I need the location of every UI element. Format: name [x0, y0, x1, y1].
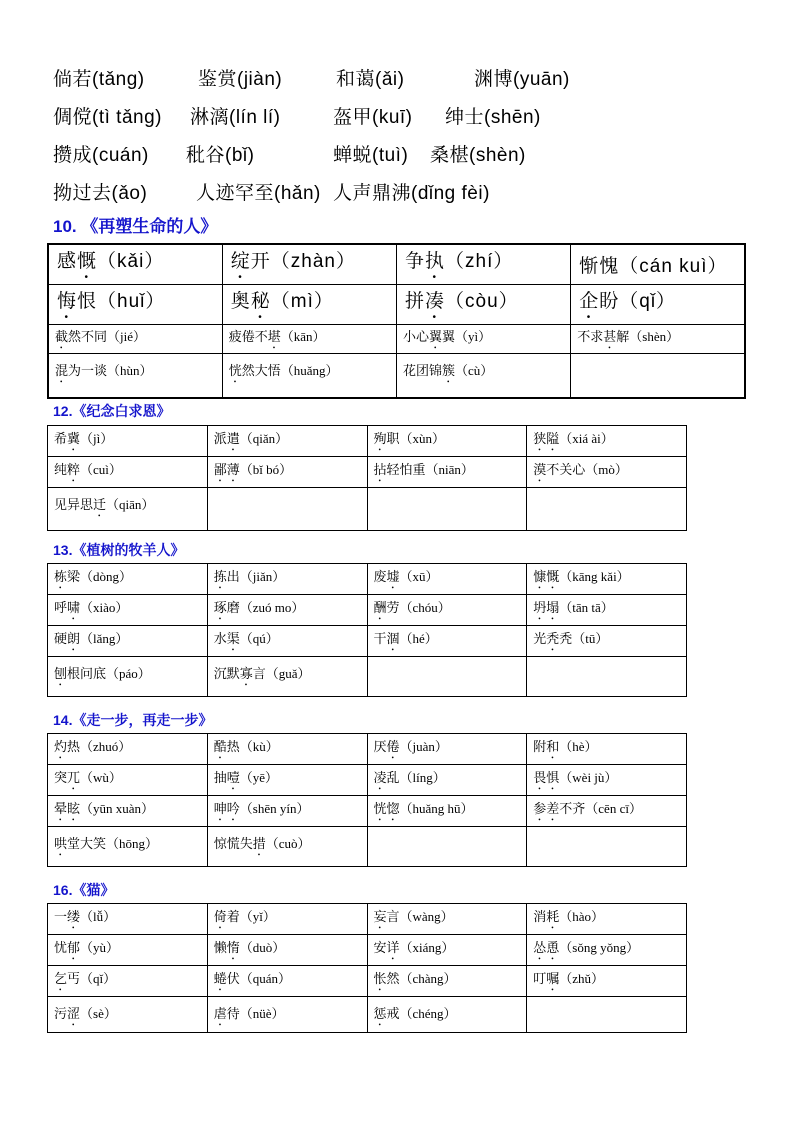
vocab-word: 拗过去(ǎo) — [53, 178, 147, 205]
vocab-row: 栋梁（dòng）拣出（jiǎn）废墟（xū）慷慨（kāng kǎi） — [48, 564, 687, 595]
vocab-table-lesson-10: 感慨（kǎi）绽开（zhàn）争执（zhí）惭愧（cán kuì）悔恨（huǐ）… — [47, 243, 746, 399]
emphasized-char: 耗 — [546, 909, 559, 924]
section-heading-lesson-10: 10. 《再塑生命的人》 — [53, 212, 217, 237]
vocab-cell: 惩戒（chéng） — [367, 997, 527, 1033]
vocab-cell: 拼凑（còu） — [397, 285, 571, 325]
emphasized-char: 蜷 — [214, 971, 227, 986]
vocab-cell: 恍惚（huǎng hū） — [367, 796, 527, 827]
emphasized-char: 寡 — [240, 666, 253, 681]
vocab-cell: 截然不同（jié） — [48, 325, 222, 354]
vocab-row: 截然不同（jié）疲倦不堪（kān）小心翼翼（yì）不求甚解（shèn） — [48, 325, 745, 354]
emphasized-char: 惧 — [546, 770, 559, 785]
vocab-cell: 倚着（yǐ） — [207, 904, 367, 935]
empty-cell — [367, 657, 527, 697]
vocab-cell: 硬朗（lǎng） — [48, 626, 208, 657]
vocab-cell: 琢磨（zuó mo） — [207, 595, 367, 626]
vocab-cell: 忧郁（yù） — [48, 935, 208, 966]
emphasized-char: 冀 — [67, 431, 80, 446]
emphasized-char: 乞 — [54, 971, 67, 986]
vocab-table-lesson-14: 灼热（zhuó）酷热（kù）厌倦（juàn）附和（hè）突兀（wù）抽噎（yē）… — [47, 733, 687, 867]
vocab-cell: 沉默寡言（guǎ） — [207, 657, 367, 697]
vocab-cell: 狭隘（xiá ài） — [527, 426, 687, 457]
vocab-cell: 酬劳（chóu） — [367, 595, 527, 626]
vocab-line: 倜傥(tì tǎng)淋漓(lín lí)盔甲(kuī)绅士(shēn) — [53, 102, 773, 140]
vocab-cell: 呼啸（xiào） — [48, 595, 208, 626]
vocab-row: 忧郁（yù）懒惰（duò）安详（xiáng）怂恿（sǒng yǒng） — [48, 935, 687, 966]
vocab-cell: 妄言（wàng） — [367, 904, 527, 935]
emphasized-char: 鄙 — [214, 462, 227, 477]
emphasized-char: 惚 — [387, 801, 400, 816]
emphasized-char: 坍 — [533, 600, 546, 615]
emphasized-char: 殉 — [374, 431, 387, 446]
vocab-cell: 纯粹（cuì） — [48, 457, 208, 488]
vocab-cell: 恍然大悟（huǎng） — [222, 354, 396, 398]
vocab-cell: 叮嘱（zhǔ） — [527, 966, 687, 997]
vocab-cell: 晕眩（yūn xuàn） — [48, 796, 208, 827]
emphasized-char: 涸 — [387, 631, 400, 646]
emphasized-char: 哄 — [54, 836, 67, 851]
emphasized-char: 秘 — [251, 291, 271, 312]
vocab-row: 硬朗（lǎng）水渠（qú）干涸（hé）光秃秃（tū） — [48, 626, 687, 657]
emphasized-char: 怅 — [374, 971, 387, 986]
section-heading-lesson-12: 12.《纪念白求恩》 — [53, 401, 170, 421]
emphasized-char: 差 — [546, 801, 559, 816]
emphasized-char: 酷 — [214, 739, 227, 754]
vocab-cell: 殉职（xùn） — [367, 426, 527, 457]
emphasized-char: 惩 — [374, 1006, 387, 1021]
vocab-cell: 小心翼翼（yì） — [397, 325, 571, 354]
vocab-line: 拗过去(ǎo)人迹罕至(hǎn)人声鼎沸(dǐng fèi) — [53, 178, 773, 216]
emphasized-char: 惰 — [227, 940, 240, 955]
emphasized-char: 朗 — [67, 631, 80, 646]
vocab-word: 秕谷(bǐ) — [186, 140, 254, 167]
vocab-row: 纯粹（cuì）鄙薄（bǐ bó）拈轻怕重（niān）漠不关心（mò） — [48, 457, 687, 488]
vocab-cell: 凌乱（líng） — [367, 765, 527, 796]
empty-cell — [207, 488, 367, 531]
vocab-word: 倜傥(tì tǎng) — [53, 102, 162, 129]
emphasized-char: 恍 — [374, 801, 387, 816]
vocab-word: 桑椹(shèn) — [430, 140, 526, 167]
emphasized-char: 迁 — [93, 497, 106, 512]
emphasized-char: 吟 — [227, 801, 240, 816]
vocab-cell: 绽开（zhàn） — [222, 244, 396, 285]
vocab-row: 灼热（zhuó）酷热（kù）厌倦（juàn）附和（hè） — [48, 734, 687, 765]
vocab-row: 污涩（sè）虐待（nüè）惩戒（chéng） — [48, 997, 687, 1033]
emphasized-char: 企 — [579, 291, 599, 312]
vocab-row: 刨根问底（páo）沉默寡言（guǎ） — [48, 657, 687, 697]
empty-cell — [527, 488, 687, 531]
vocab-line: 倘若(tǎng)鉴赏(jiàn)和蔼(ǎi)渊博(yuān) — [53, 64, 773, 102]
vocab-word: 渊博(yuān) — [474, 64, 570, 91]
vocab-cell: 疲倦不堪（kān） — [222, 325, 396, 354]
vocab-cell: 怅然（chàng） — [367, 966, 527, 997]
vocab-word: 人声鼎沸(dǐng fèi) — [333, 178, 490, 205]
vocab-cell: 干涸（hé） — [367, 626, 527, 657]
emphasized-char: 漠 — [533, 462, 546, 477]
vocab-table-lesson-12: 希冀（jì）派遣（qiǎn）殉职（xùn）狭隘（xiá ài）纯粹（cuì）鄙薄… — [47, 425, 687, 531]
vocab-cell: 怂恿（sǒng yǒng） — [527, 935, 687, 966]
vocab-word: 鉴赏(jiàn) — [198, 64, 282, 91]
emphasized-char: 拣 — [214, 569, 227, 584]
vocab-cell: 水渠（qú） — [207, 626, 367, 657]
vocab-cell: 消耗（hào） — [527, 904, 687, 935]
emphasized-char: 慨 — [546, 569, 559, 584]
vocab-row: 哄堂大笑（hōng）惊慌失措（cuò） — [48, 827, 687, 867]
vocab-cell: 争执（zhí） — [397, 244, 571, 285]
section-heading-lesson-13: 13.《植树的牧羊人》 — [53, 540, 184, 560]
vocab-cell: 刨根问底（páo） — [48, 657, 208, 697]
emphasized-char: 粹 — [67, 462, 80, 477]
emphasized-char: 措 — [253, 836, 266, 851]
emphasized-char: 栋 — [54, 569, 67, 584]
vocab-cell: 懒惰（duò） — [207, 935, 367, 966]
emphasized-char: 绽 — [231, 251, 251, 272]
vocab-cell: 灼热（zhuó） — [48, 734, 208, 765]
emphasized-char: 倚 — [214, 909, 227, 924]
empty-cell — [527, 997, 687, 1033]
section-heading-lesson-16: 16.《猫》 — [53, 880, 114, 900]
vocab-cell: 坍塌（tān tā） — [527, 595, 687, 626]
empty-cell — [367, 827, 527, 867]
emphasized-char: 隘 — [546, 431, 559, 446]
empty-cell — [527, 827, 687, 867]
emphasized-char: 刨 — [54, 666, 67, 681]
emphasized-char: 眩 — [67, 801, 80, 816]
emphasized-char: 畏 — [533, 770, 546, 785]
vocab-cell: 鄙薄（bǐ bó） — [207, 457, 367, 488]
vocab-cell: 附和（hè） — [527, 734, 687, 765]
emphasized-char: 堪 — [268, 329, 281, 344]
emphasized-char: 薄 — [227, 462, 240, 477]
vocab-row: 混为一谈（hùn）恍然大悟（huǎng）花团锦簇（cù） — [48, 354, 745, 398]
vocab-word: 蝉蜕(tuì) — [333, 140, 408, 167]
emphasized-char: 嘱 — [546, 971, 559, 986]
emphasized-char: 琢 — [214, 600, 227, 615]
vocab-cell: 不求甚解（shèn） — [571, 325, 745, 354]
emphasized-char: 截 — [55, 329, 68, 344]
vocab-row: 晕眩（yūn xuàn）呻吟（shēn yín）恍惚（huǎng hū）参差不齐… — [48, 796, 687, 827]
emphasized-char: 拈 — [374, 462, 387, 477]
vocab-cell: 拣出（jiǎn） — [207, 564, 367, 595]
document-page: 倘若(tǎng)鉴赏(jiàn)和蔼(ǎi)渊博(yuān) 倜傥(tì tǎn… — [0, 0, 793, 1122]
vocab-cell: 企盼（qǐ） — [571, 285, 745, 325]
vocab-cell: 哄堂大笑（hōng） — [48, 827, 208, 867]
vocab-cell: 希冀（jì） — [48, 426, 208, 457]
vocab-cell: 抽噎（yē） — [207, 765, 367, 796]
emphasized-char: 凑 — [425, 291, 445, 312]
vocab-word: 淋漓(lín lí) — [190, 102, 281, 129]
vocab-cell: 栋梁（dòng） — [48, 564, 208, 595]
emphasized-char: 恍 — [229, 363, 242, 378]
emphasized-char: 执 — [425, 251, 445, 272]
vocab-cell: 废墟（xū） — [367, 564, 527, 595]
emphasized-char: 悔 — [57, 291, 77, 312]
emphasized-char: 墟 — [387, 569, 400, 584]
vocab-cell: 呻吟（shēn yín） — [207, 796, 367, 827]
emphasized-char: 狭 — [533, 431, 546, 446]
vocab-word: 和蔼(ǎi) — [336, 64, 404, 91]
emphasized-char: 秃 — [546, 631, 559, 646]
vocab-cell: 拈轻怕重（niān） — [367, 457, 527, 488]
emphasized-char: 怂 — [533, 940, 546, 955]
emphasized-char: 虐 — [214, 1006, 227, 1021]
vocab-cell: 漠不关心（mò） — [527, 457, 687, 488]
vocab-cell: 奥秘（mì） — [222, 285, 396, 325]
vocab-row: 乞丐（qǐ）蜷伏（quán）怅然（chàng）叮嘱（zhǔ） — [48, 966, 687, 997]
vocab-cell: 悔恨（huǐ） — [48, 285, 222, 325]
vocab-row: 突兀（wù）抽噎（yē）凌乱（líng）畏惧（wèi jù） — [48, 765, 687, 796]
vocab-word: 攒成(cuán) — [53, 140, 149, 167]
emphasized-char: 酬 — [374, 600, 387, 615]
vocab-row: 见异思迁（qiān） — [48, 488, 687, 531]
emphasized-char: 和 — [546, 739, 559, 754]
emphasized-char: 甚 — [603, 329, 616, 344]
empty-cell — [571, 354, 745, 398]
vocab-word: 盔甲(kuī) — [333, 102, 413, 129]
emphasized-char: 塌 — [546, 600, 559, 615]
vocab-cell: 花团锦簇（cù） — [397, 354, 571, 398]
vocab-cell: 惭愧（cán kuì） — [571, 244, 745, 285]
vocab-cell: 蜷伏（quán） — [207, 966, 367, 997]
emphasized-char: 啸 — [67, 600, 80, 615]
emphasized-char: 涩 — [67, 1006, 80, 1021]
emphasized-char: 兀 — [67, 770, 80, 785]
vocab-word: 人迹罕至(hǎn) — [196, 178, 321, 205]
vocab-row: 呼啸（xiào）琢磨（zuó mo）酬劳（chóu）坍塌（tān tā） — [48, 595, 687, 626]
emphasized-char: 翼 — [429, 329, 442, 344]
vocab-cell: 一缕（lǚ） — [48, 904, 208, 935]
emphasized-char: 恿 — [546, 940, 559, 955]
vocab-cell: 虐待（nüè） — [207, 997, 367, 1033]
emphasized-char: 倦 — [387, 739, 400, 754]
emphasized-char: 呻 — [214, 801, 227, 816]
emphasized-char: 渠 — [227, 631, 240, 646]
vocab-cell: 派遣（qiǎn） — [207, 426, 367, 457]
emphasized-char: 灼 — [54, 739, 67, 754]
vocab-cell: 安详（xiáng） — [367, 935, 527, 966]
emphasized-char: 慨 — [77, 251, 97, 272]
emphasized-char: 噎 — [227, 770, 240, 785]
emphasized-char: 参 — [533, 801, 546, 816]
vocab-cell: 惊慌失措（cuò） — [207, 827, 367, 867]
vocab-line: 攒成(cuán)秕谷(bǐ)蝉蜕(tuì)桑椹(shèn) — [53, 140, 773, 178]
vocab-row: 一缕（lǚ）倚着（yǐ）妄言（wàng）消耗（hào） — [48, 904, 687, 935]
emphasized-char: 混 — [55, 363, 68, 378]
vocab-cell: 畏惧（wèi jù） — [527, 765, 687, 796]
empty-cell — [527, 657, 687, 697]
section-heading-lesson-14: 14.《走一步，再走一步》 — [53, 710, 212, 730]
vocab-table-lesson-16: 一缕（lǚ）倚着（yǐ）妄言（wàng）消耗（hào）忧郁（yù）懒惰（duò）… — [47, 903, 687, 1033]
emphasized-char: 凌 — [374, 770, 387, 785]
vocab-row: 感慨（kǎi）绽开（zhàn）争执（zhí）惭愧（cán kuì） — [48, 244, 745, 285]
vocab-word: 绅士(shēn) — [445, 102, 541, 129]
emphasized-char: 妄 — [374, 909, 387, 924]
vocab-cell: 混为一谈（hùn） — [48, 354, 222, 398]
vocab-cell: 见异思迁（qiān） — [48, 488, 208, 531]
vocab-cell: 厌倦（juàn） — [367, 734, 527, 765]
vocab-cell: 慷慨（kāng kǎi） — [527, 564, 687, 595]
emphasized-char: 慷 — [533, 569, 546, 584]
empty-cell — [367, 488, 527, 531]
vocab-cell: 突兀（wù） — [48, 765, 208, 796]
vocab-cell: 参差不齐（cēn cī） — [527, 796, 687, 827]
vocab-row: 悔恨（huǐ）奥秘（mì）拼凑（còu）企盼（qǐ） — [48, 285, 745, 325]
emphasized-char: 郁 — [67, 940, 80, 955]
top-word-list: 倘若(tǎng)鉴赏(jiàn)和蔼(ǎi)渊博(yuān) 倜傥(tì tǎn… — [53, 64, 773, 216]
vocab-cell: 污涩（sè） — [48, 997, 208, 1033]
emphasized-char: 缕 — [67, 909, 80, 924]
emphasized-char: 簇 — [442, 363, 455, 378]
emphasized-char: 遣 — [227, 431, 240, 446]
vocab-cell: 光秃秃（tū） — [527, 626, 687, 657]
vocab-table-lesson-13: 栋梁（dòng）拣出（jiǎn）废墟（xū）慷慨（kāng kǎi）呼啸（xià… — [47, 563, 687, 697]
vocab-cell: 酷热（kù） — [207, 734, 367, 765]
vocab-cell: 感慨（kǎi） — [48, 244, 222, 285]
emphasized-char: 详 — [387, 940, 400, 955]
emphasized-char: 晕 — [54, 801, 67, 816]
vocab-cell: 乞丐（qǐ） — [48, 966, 208, 997]
vocab-word: 倘若(tǎng) — [53, 64, 145, 91]
vocab-row: 希冀（jì）派遣（qiǎn）殉职（xùn）狭隘（xiá ài） — [48, 426, 687, 457]
